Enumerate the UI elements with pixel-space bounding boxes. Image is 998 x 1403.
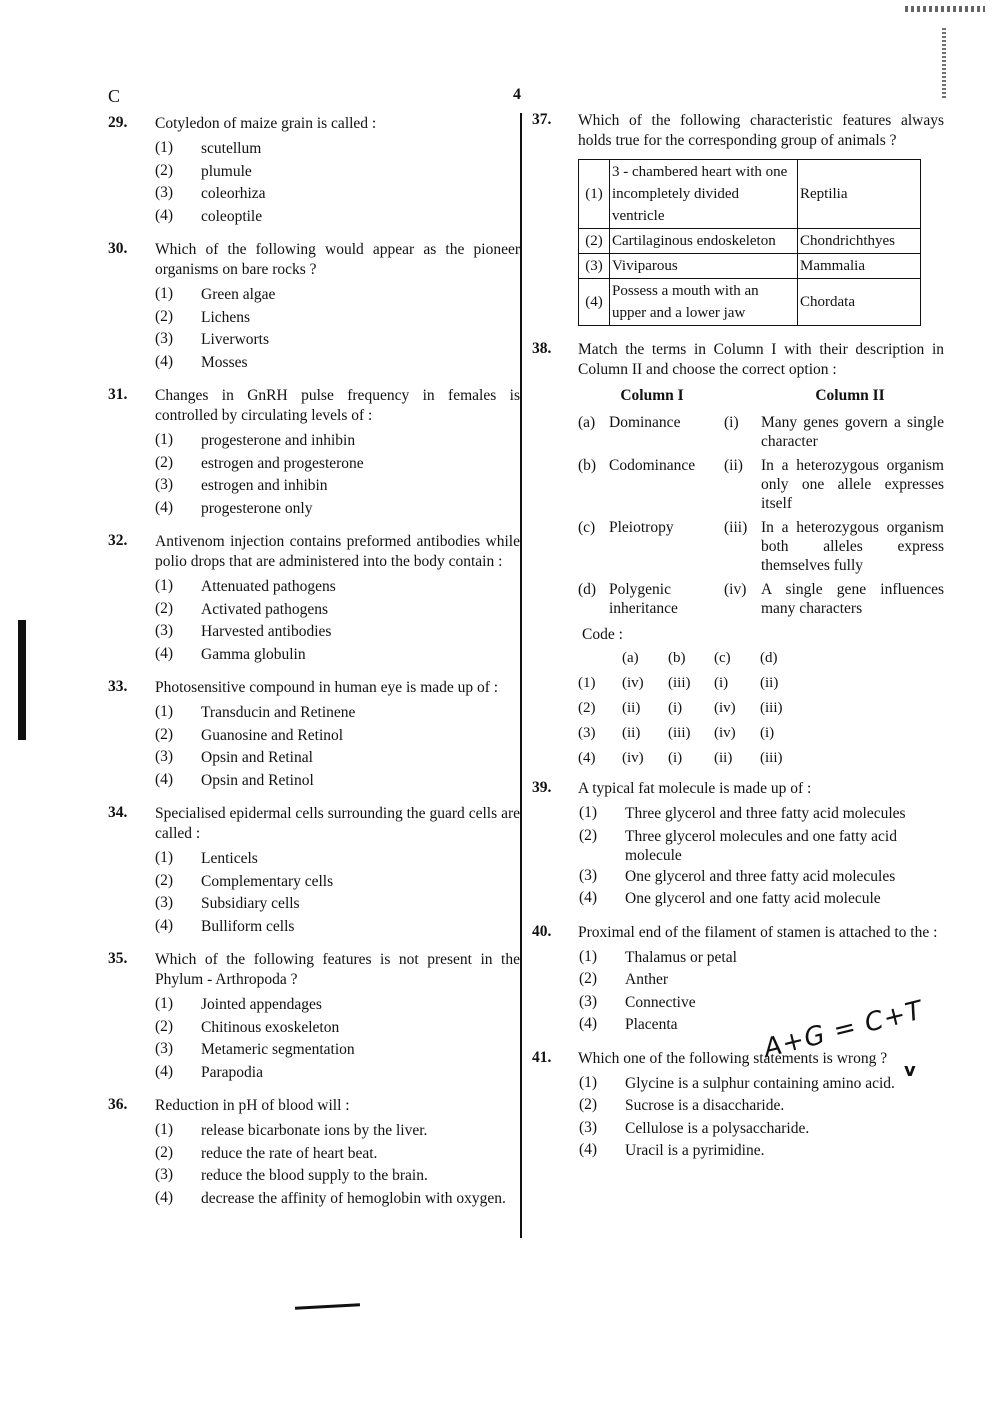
option: (4)One glycerol and one fatty acid molec…: [579, 887, 944, 910]
code-option-number: (3): [578, 721, 622, 746]
match-row: (c)Pleiotropy(iii)In a heterozygous orga…: [578, 518, 944, 575]
option: (3)Cellulose is a polysaccharide.: [579, 1117, 944, 1140]
option-text: release bicarbonate ions by the liver.: [201, 1119, 520, 1142]
code-header-row: (a)(b)(c)(d): [578, 646, 806, 671]
option: (2)Complementary cells: [155, 870, 520, 893]
option-number: (2): [579, 825, 625, 865]
row-number: (3): [579, 254, 610, 279]
option-number: (3): [155, 182, 201, 205]
option-text: Uracil is a pyrimidine.: [625, 1139, 944, 1162]
table-row: (2)Cartilaginous endoskeletonChondrichth…: [579, 229, 921, 254]
option-number: (3): [579, 1117, 625, 1140]
option: (4)Gamma globulin: [155, 643, 520, 666]
option: (2)Chitinous exoskeleton: [155, 1016, 520, 1039]
option: (1)Lenticels: [155, 847, 520, 870]
options-list: (1)Three glycerol and three fatty acid m…: [579, 802, 944, 910]
option-number: (2): [155, 160, 201, 183]
option-number: (3): [155, 620, 201, 643]
option: (3)One glycerol and three fatty acid mol…: [579, 865, 944, 888]
option-text: scutellum: [201, 137, 520, 160]
option-text: Mosses: [201, 351, 520, 374]
option-number: (1): [155, 137, 201, 160]
right-questions: 39.A typical fat molecule is made up of …: [532, 779, 944, 1162]
match-row: (a)Dominance(i)Many genes govern a singl…: [578, 413, 944, 451]
option-number: (1): [155, 283, 201, 306]
code-header: (d): [760, 646, 806, 671]
group-cell: Chordata: [798, 279, 921, 326]
question: 34.Specialised epidermal cells surroundi…: [108, 804, 520, 937]
option-text: progesterone and inhibin: [201, 429, 520, 452]
option-number: (1): [579, 946, 625, 969]
question-text: Specialised epidermal cells surrounding …: [155, 804, 520, 844]
table-row: (4)Possess a mouth with an upper and a l…: [579, 279, 921, 326]
feature-cell: 3 - chambered heart with one incompletel…: [610, 160, 798, 229]
term-letter: (a): [578, 413, 609, 451]
question-text: Which of the following would appear as t…: [155, 240, 520, 280]
option-text: Liverworts: [201, 328, 520, 351]
code-label: Code :: [582, 624, 944, 646]
question: 35.Which of the following features is no…: [108, 950, 520, 1083]
options-list: (1)Green algae(2)Lichens(3)Liverworts(4)…: [155, 283, 520, 373]
question-text: Which of the following features is not p…: [155, 950, 520, 990]
scan-artifact-bottom: [295, 1303, 360, 1309]
option: (3)Opsin and Retinal: [155, 746, 520, 769]
desc-roman: (i): [724, 413, 761, 451]
question-number: 31.: [108, 386, 127, 404]
code-value: (ii): [622, 696, 668, 721]
option-number: (1): [579, 802, 625, 825]
option: (2)Lichens: [155, 306, 520, 329]
code-value: (iv): [714, 721, 760, 746]
option: (4)Parapodia: [155, 1061, 520, 1084]
code-row: (3)(ii)(iii)(iv)(i): [578, 721, 806, 746]
code-corner: [578, 646, 622, 671]
question-text: Reduction in pH of blood will :: [155, 1096, 520, 1116]
option-text: Green algae: [201, 283, 520, 306]
term: Pleiotropy: [609, 518, 724, 575]
left-column: 29.Cotyledon of maize grain is called :(…: [108, 114, 520, 1222]
option-number: (3): [155, 1164, 201, 1187]
table-row: (1)3 - chambered heart with one incomple…: [579, 160, 921, 229]
question-text: Which of the following characteristic fe…: [578, 111, 944, 151]
option-text: coleoptile: [201, 205, 520, 228]
description: Many genes govern a single character: [761, 413, 944, 451]
question-text: Which one of the following statements is…: [578, 1049, 944, 1069]
option-text: progesterone only: [201, 497, 520, 520]
question-text: Photosensitive compound in human eye is …: [155, 678, 520, 698]
column-1-header: Column I: [578, 384, 726, 408]
option-number: (2): [155, 870, 201, 893]
code-value: (i): [668, 746, 714, 771]
option: (3)Liverworts: [155, 328, 520, 351]
option: (3)estrogen and inhibin: [155, 474, 520, 497]
code-row: (2)(ii)(i)(iv)(iii): [578, 696, 806, 721]
term: Dominance: [609, 413, 724, 451]
term-letter: (c): [578, 518, 609, 575]
option: (2)plumule: [155, 160, 520, 183]
column-2-header: Column II: [726, 384, 944, 408]
code-value: (ii): [622, 721, 668, 746]
match-columns: Column I Column II (a)Dominance(i)Many g…: [578, 384, 944, 618]
option: (4)Uracil is a pyrimidine.: [579, 1139, 944, 1162]
option-text: Bulliform cells: [201, 915, 520, 938]
option-number: (2): [579, 1094, 625, 1117]
option: (1)release bicarbonate ions by the liver…: [155, 1119, 520, 1142]
option: (2)Three glycerol molecules and one fatt…: [579, 825, 944, 865]
options-list: (1)release bicarbonate ions by the liver…: [155, 1119, 520, 1209]
option: (1)Transducin and Retinene: [155, 701, 520, 724]
group-cell: Reptilia: [798, 160, 921, 229]
option-number: (2): [155, 1142, 201, 1165]
question-number: 40.: [532, 923, 551, 941]
group-cell: Mammalia: [798, 254, 921, 279]
question-number: 30.: [108, 240, 127, 258]
option-text: Three glycerol and three fatty acid mole…: [625, 802, 944, 825]
option-text: plumule: [201, 160, 520, 183]
question-number: 38.: [532, 340, 551, 358]
option: (3)Harvested antibodies: [155, 620, 520, 643]
option-number: (2): [579, 968, 625, 991]
option-text: Three glycerol molecules and one fatty a…: [625, 825, 944, 865]
option-text: reduce the blood supply to the brain.: [201, 1164, 520, 1187]
code-header: (b): [668, 646, 714, 671]
code-option-number: (1): [578, 671, 622, 696]
option-number: (4): [155, 497, 201, 520]
option-number: (3): [579, 991, 625, 1014]
question: 33.Photosensitive compound in human eye …: [108, 678, 520, 791]
code-value: (i): [714, 671, 760, 696]
option-number: (1): [155, 575, 201, 598]
option-number: (3): [579, 865, 625, 888]
option-text: One glycerol and three fatty acid molecu…: [625, 865, 944, 888]
option: (2)Activated pathogens: [155, 598, 520, 621]
question-number: 35.: [108, 950, 127, 968]
option-text: Lenticels: [201, 847, 520, 870]
option-text: Guanosine and Retinol: [201, 724, 520, 747]
question-text: Proximal end of the filament of stamen i…: [578, 923, 944, 943]
question-38: 38. Match the terms in Column I with the…: [532, 340, 944, 771]
option: (3)reduce the blood supply to the brain.: [155, 1164, 520, 1187]
option: (4)progesterone only: [155, 497, 520, 520]
question-text: A typical fat molecule is made up of :: [578, 779, 944, 799]
option-number: (1): [155, 701, 201, 724]
question: 31.Changes in GnRH pulse frequency in fe…: [108, 386, 520, 519]
row-number: (1): [579, 160, 610, 229]
option-text: estrogen and progesterone: [201, 452, 520, 475]
option-text: Metameric segmentation: [201, 1038, 520, 1061]
feature-cell: Possess a mouth with an upper and a lowe…: [610, 279, 798, 326]
option: (3)Subsidiary cells: [155, 892, 520, 915]
option: (4)decrease the affinity of hemoglobin w…: [155, 1187, 520, 1210]
option-text: Activated pathogens: [201, 598, 520, 621]
code-value: (iii): [760, 746, 806, 771]
option: (1)Green algae: [155, 283, 520, 306]
option-number: (4): [155, 643, 201, 666]
option-number: (2): [155, 724, 201, 747]
option: (3)coleorhiza: [155, 182, 520, 205]
option-text: Jointed appendages: [201, 993, 520, 1016]
table-row: (3)ViviparousMammalia: [579, 254, 921, 279]
question-text: Cotyledon of maize grain is called :: [155, 114, 520, 134]
option: (2)estrogen and progesterone: [155, 452, 520, 475]
desc-roman: (ii): [724, 456, 761, 513]
option-text: Attenuated pathogens: [201, 575, 520, 598]
scan-artifact-right: [942, 28, 946, 98]
option-number: (4): [579, 1013, 625, 1036]
scan-artifact-top: [905, 6, 985, 12]
option-number: (2): [155, 598, 201, 621]
options-list: (1)Attenuated pathogens(2)Activated path…: [155, 575, 520, 665]
code-value: (i): [760, 721, 806, 746]
options-list: (1)scutellum(2)plumule(3)coleorhiza(4)co…: [155, 137, 520, 227]
option: (2)Guanosine and Retinol: [155, 724, 520, 747]
code-value: (iv): [622, 746, 668, 771]
option: (1)Three glycerol and three fatty acid m…: [579, 802, 944, 825]
question: 39.A typical fat molecule is made up of …: [532, 779, 944, 910]
option-number: (4): [579, 887, 625, 910]
page-number: 4: [513, 86, 521, 104]
option: (1)progesterone and inhibin: [155, 429, 520, 452]
desc-roman: (iii): [724, 518, 761, 575]
question-number: 34.: [108, 804, 127, 822]
option-text: coleorhiza: [201, 182, 520, 205]
option-text: Glycine is a sulphur containing amino ac…: [625, 1072, 944, 1095]
feature-table: (1)3 - chambered heart with one incomple…: [578, 159, 921, 326]
option: (4)Bulliform cells: [155, 915, 520, 938]
code-row: (4)(iv)(i)(ii)(iii): [578, 746, 806, 771]
row-number: (2): [579, 229, 610, 254]
option-number: (1): [155, 993, 201, 1016]
feature-cell: Viviparous: [610, 254, 798, 279]
option-text: Chitinous exoskeleton: [201, 1016, 520, 1039]
question-text: Antivenom injection contains preformed a…: [155, 532, 520, 572]
option-number: (3): [155, 474, 201, 497]
option-number: (1): [155, 847, 201, 870]
code-value: (iii): [760, 696, 806, 721]
options-list: (1)Glycine is a sulphur containing amino…: [579, 1072, 944, 1162]
term: Codominance: [609, 456, 724, 513]
option-number: (2): [155, 452, 201, 475]
option-text: estrogen and inhibin: [201, 474, 520, 497]
code-value: (i): [668, 696, 714, 721]
option-number: (4): [155, 205, 201, 228]
option: (1)scutellum: [155, 137, 520, 160]
series-code: C: [108, 86, 120, 107]
option-text: Thalamus or petal: [625, 946, 944, 969]
question-number: 33.: [108, 678, 127, 696]
option-number: (2): [155, 1016, 201, 1039]
column-divider: [520, 113, 522, 1238]
question: 30.Which of the following would appear a…: [108, 240, 520, 373]
option-number: (4): [155, 351, 201, 374]
option: (3)Metameric segmentation: [155, 1038, 520, 1061]
code-value: (ii): [760, 671, 806, 696]
desc-roman: (iv): [724, 580, 761, 618]
feature-cell: Cartilaginous endoskeleton: [610, 229, 798, 254]
option: (2)reduce the rate of heart beat.: [155, 1142, 520, 1165]
code-value: (ii): [714, 746, 760, 771]
option-number: (2): [155, 306, 201, 329]
option-number: (1): [155, 1119, 201, 1142]
option-text: Parapodia: [201, 1061, 520, 1084]
option-text: decrease the affinity of hemoglobin with…: [201, 1187, 520, 1210]
option-text: Transducin and Retinene: [201, 701, 520, 724]
option-text: Cellulose is a polysaccharide.: [625, 1117, 944, 1140]
option-number: (4): [155, 915, 201, 938]
code-row: (1)(iv)(iii)(i)(ii): [578, 671, 806, 696]
question-number: 29.: [108, 114, 127, 132]
question-37: 37. Which of the following characteristi…: [532, 111, 944, 326]
description: In a heterozygous organism both alleles …: [761, 518, 944, 575]
option-number: (4): [155, 1187, 201, 1210]
term-letter: (b): [578, 456, 609, 513]
code-value: (iii): [668, 721, 714, 746]
option: (1)Thalamus or petal: [579, 946, 944, 969]
description: A single gene influences many characters: [761, 580, 944, 618]
option-number: (4): [155, 769, 201, 792]
option: (4)Mosses: [155, 351, 520, 374]
option-number: (4): [155, 1061, 201, 1084]
question-number: 37.: [532, 111, 551, 129]
code-table: (a)(b)(c)(d)(1)(iv)(iii)(i)(ii)(2)(ii)(i…: [578, 646, 806, 771]
left-questions: 29.Cotyledon of maize grain is called :(…: [108, 114, 520, 1209]
code-option-number: (4): [578, 746, 622, 771]
option-text: Opsin and Retinol: [201, 769, 520, 792]
option-text: Gamma globulin: [201, 643, 520, 666]
code-value: (iv): [622, 671, 668, 696]
option: (4)Opsin and Retinol: [155, 769, 520, 792]
question: 29.Cotyledon of maize grain is called :(…: [108, 114, 520, 227]
handwritten-mark: v: [904, 1060, 916, 1081]
option: (1)Jointed appendages: [155, 993, 520, 1016]
match-row: (b)Codominance(ii)In a heterozygous orga…: [578, 456, 944, 513]
code-header: (c): [714, 646, 760, 671]
option-text: Complementary cells: [201, 870, 520, 893]
option: (2)Anther: [579, 968, 944, 991]
options-list: (1)Jointed appendages(2)Chitinous exoske…: [155, 993, 520, 1083]
option-text: reduce the rate of heart beat.: [201, 1142, 520, 1165]
term-letter: (d): [578, 580, 609, 618]
options-list: (1)Transducin and Retinene(2)Guanosine a…: [155, 701, 520, 791]
option-number: (1): [579, 1072, 625, 1095]
group-cell: Chondrichthyes: [798, 229, 921, 254]
option: (1)Attenuated pathogens: [155, 575, 520, 598]
match-row: (d)Polygenic inheritance(iv)A single gen…: [578, 580, 944, 618]
option-text: Sucrose is a disaccharide.: [625, 1094, 944, 1117]
option-number: (4): [579, 1139, 625, 1162]
option-text: One glycerol and one fatty acid molecule: [625, 887, 944, 910]
code-option-number: (2): [578, 696, 622, 721]
code-value: (iv): [714, 696, 760, 721]
option: (1)Glycine is a sulphur containing amino…: [579, 1072, 944, 1095]
option: (2)Sucrose is a disaccharide.: [579, 1094, 944, 1117]
option-number: (3): [155, 746, 201, 769]
option-text: Harvested antibodies: [201, 620, 520, 643]
option-text: Lichens: [201, 306, 520, 329]
option-number: (3): [155, 892, 201, 915]
scan-artifact-left: [18, 620, 26, 740]
option-number: (3): [155, 1038, 201, 1061]
question: 36.Reduction in pH of blood will :(1)rel…: [108, 1096, 520, 1209]
code-value: (iii): [668, 671, 714, 696]
option-text: Opsin and Retinal: [201, 746, 520, 769]
option-number: (3): [155, 328, 201, 351]
description: In a heterozygous organism only one alle…: [761, 456, 944, 513]
option-text: Subsidiary cells: [201, 892, 520, 915]
question-text: Changes in GnRH pulse frequency in femal…: [155, 386, 520, 426]
option: (4)coleoptile: [155, 205, 520, 228]
question-text: Match the terms in Column I with their d…: [578, 340, 944, 380]
question-number: 39.: [532, 779, 551, 797]
question-number: 32.: [108, 532, 127, 550]
question-number: 41.: [532, 1049, 551, 1067]
option-number: (1): [155, 429, 201, 452]
term: Polygenic inheritance: [609, 580, 724, 618]
code-header: (a): [622, 646, 668, 671]
options-list: (1)Lenticels(2)Complementary cells(3)Sub…: [155, 847, 520, 937]
option-text: Anther: [625, 968, 944, 991]
question: 32.Antivenom injection contains preforme…: [108, 532, 520, 665]
question-number: 36.: [108, 1096, 127, 1114]
options-list: (1)progesterone and inhibin(2)estrogen a…: [155, 429, 520, 519]
question: 41.Which one of the following statements…: [532, 1049, 944, 1162]
row-number: (4): [579, 279, 610, 326]
